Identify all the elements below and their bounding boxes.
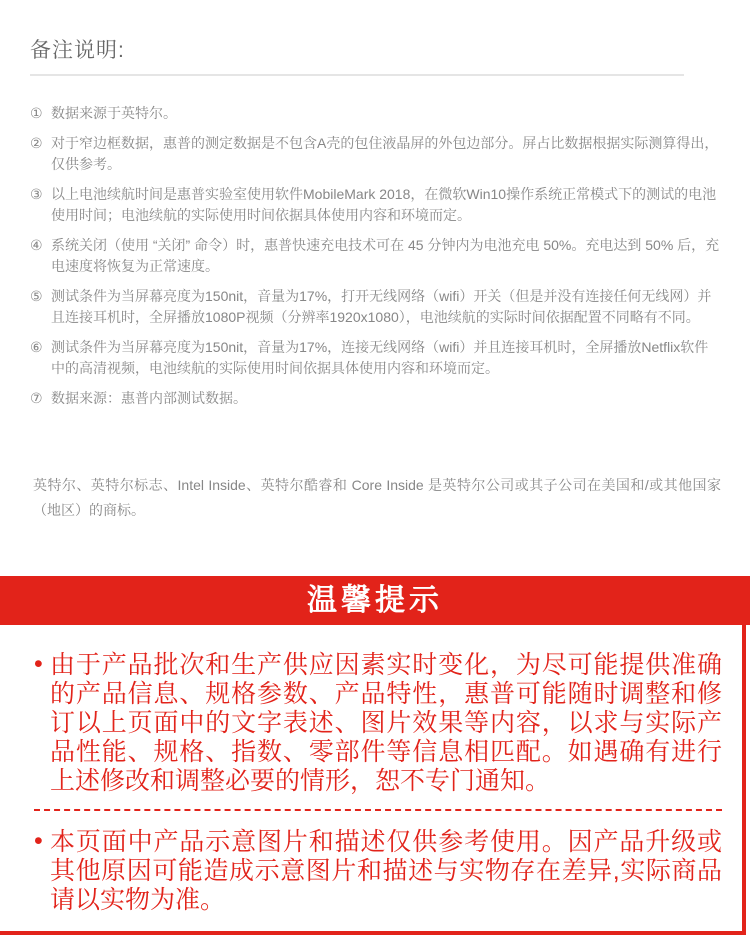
note-number: ② bbox=[30, 133, 43, 154]
note-text: 测试条件为当屏幕亮度为150nit，音量为17%，连接无线网络（wifi）并且连… bbox=[51, 339, 708, 376]
note-item-1: ①数据来源于英特尔。 bbox=[30, 103, 722, 124]
tip-item-2: • 本页面中产品示意图片和描述仅供参考使用。因产品升级或其他原因可能造成示意图片… bbox=[34, 828, 722, 915]
bullet-icon: • bbox=[34, 650, 43, 679]
bullet-icon: • bbox=[34, 827, 43, 856]
note-number: ① bbox=[30, 103, 43, 124]
notes-divider bbox=[30, 74, 684, 76]
notes-list: ①数据来源于英特尔。 ②对于窄边框数据，惠普的测定数据是不包含A壳的包住液晶屏的… bbox=[30, 103, 722, 409]
note-text: 对于窄边框数据，惠普的测定数据是不包含A壳的包住液晶屏的外包边部分。屏占比数据根… bbox=[51, 135, 718, 172]
note-item-2: ②对于窄边框数据，惠普的测定数据是不包含A壳的包住液晶屏的外包边部分。屏占比数据… bbox=[30, 133, 722, 175]
warm-tips-banner: 温馨提示 bbox=[0, 576, 750, 625]
notes-section: 备注说明: ①数据来源于英特尔。 ②对于窄边框数据，惠普的测定数据是不包含A壳的… bbox=[0, 0, 750, 523]
notes-title: 备注说明: bbox=[30, 34, 722, 64]
note-text: 数据来源于英特尔。 bbox=[51, 105, 177, 121]
product-notes-page: 备注说明: ①数据来源于英特尔。 ②对于窄边框数据，惠普的测定数据是不包含A壳的… bbox=[0, 0, 750, 935]
tip-text: 由于产品批次和生产供应因素实时变化，为尽可能提供准确的产品信息、规格参数、产品特… bbox=[50, 651, 722, 795]
note-number: ⑥ bbox=[30, 337, 43, 358]
note-item-5: ⑤测试条件为当屏幕亮度为150nit，音量为17%，打开无线网络（wifi）开关… bbox=[30, 286, 722, 328]
note-text: 数据来源：惠普内部测试数据。 bbox=[51, 390, 247, 406]
note-text: 系统关闭（使用 “关闭” 命令）时，惠普快速充电技术可在 45 分钟内为电池充电… bbox=[51, 237, 719, 274]
note-number: ⑤ bbox=[30, 286, 43, 307]
note-number: ③ bbox=[30, 184, 43, 205]
warm-tips-title: 温馨提示 bbox=[307, 584, 443, 617]
note-item-7: ⑦数据来源：惠普内部测试数据。 bbox=[30, 388, 722, 409]
warm-tips-box: • 由于产品批次和生产供应因素实时变化，为尽可能提供准确的产品信息、规格参数、产… bbox=[0, 625, 746, 935]
note-item-3: ③以上电池续航时间是惠普实验室使用软件MobileMark 2018，在微软Wi… bbox=[30, 184, 722, 226]
warm-tips-section: 温馨提示 • 由于产品批次和生产供应因素实时变化，为尽可能提供准确的产品信息、规… bbox=[0, 576, 750, 935]
note-text: 测试条件为当屏幕亮度为150nit，音量为17%，打开无线网络（wifi）开关（… bbox=[51, 288, 711, 325]
note-item-6: ⑥测试条件为当屏幕亮度为150nit，音量为17%，连接无线网络（wifi）并且… bbox=[30, 337, 722, 379]
note-text: 以上电池续航时间是惠普实验室使用软件MobileMark 2018，在微软Win… bbox=[51, 186, 716, 223]
tip-item-1: • 由于产品批次和生产供应因素实时变化，为尽可能提供准确的产品信息、规格参数、产… bbox=[34, 651, 722, 796]
note-number: ⑦ bbox=[30, 388, 43, 409]
note-item-4: ④系统关闭（使用 “关闭” 命令）时，惠普快速充电技术可在 45 分钟内为电池充… bbox=[30, 235, 722, 277]
note-number: ④ bbox=[30, 235, 43, 256]
tips-dashed-divider bbox=[34, 809, 722, 811]
tip-text: 本页面中产品示意图片和描述仅供参考使用。因产品升级或其他原因可能造成示意图片和描… bbox=[50, 828, 722, 914]
trademark-notice: 英特尔、英特尔标志、Intel Inside、英特尔酷睿和 Core Insid… bbox=[33, 473, 721, 523]
